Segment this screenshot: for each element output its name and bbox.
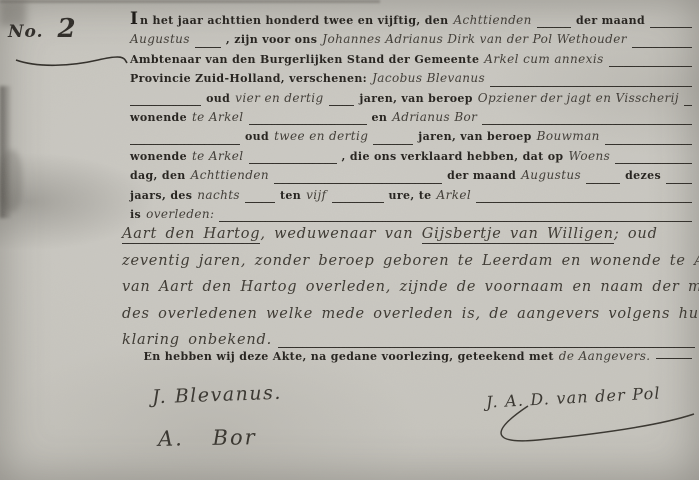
hw-death-day2: Achttienden: [191, 168, 269, 182]
signature-official: J. A. D. van der Pol: [486, 383, 662, 411]
hw-witness1-residence: te Arkel: [192, 110, 244, 124]
blank-rule: [249, 123, 367, 125]
hw-death-place: Arkel: [437, 188, 472, 202]
printed-jaren-beroep: jaren, van beroep: [359, 92, 472, 105]
hw-death-day: Achttienden: [453, 13, 531, 27]
deceased-name: Aart den Hartog: [122, 226, 260, 244]
form-line-provincie: Provincie Zuid-Holland, verschenen: Jaco…: [130, 71, 692, 90]
form-line-witness1-age: oud vier en dertig jaren, van beroep Opz…: [130, 91, 692, 110]
signature-witness2: A. Bor: [158, 425, 257, 451]
printed-en: en: [372, 111, 388, 124]
printed-wonende2: wonende: [130, 150, 187, 163]
blank-rule: [605, 143, 692, 145]
blank-rule: [609, 65, 692, 67]
printed-is: is: [130, 208, 141, 221]
blank-rule: [274, 182, 442, 184]
blank-rule: [537, 26, 571, 28]
deceased-line1-mid: , weduwenaar van: [260, 226, 421, 242]
hw-month: Augustus: [130, 32, 190, 46]
act-number-label: No.: [8, 22, 44, 42]
printed-year-text: n het jaar achttien honderd twee en vijf…: [140, 14, 449, 27]
printed-der-maand: der maand: [576, 14, 645, 27]
act-number-value: 2: [58, 14, 76, 44]
hw-hour: vijf: [306, 188, 326, 202]
form-line-witness2-age: oud twee en dertig jaren, van beroep Bou…: [130, 129, 692, 148]
hw-weekday: Woens: [568, 149, 610, 163]
printed-ten: ten: [280, 189, 301, 202]
act-number: No.2: [8, 14, 128, 44]
form-line-year: In het jaar achttien honderd twee en vij…: [130, 13, 692, 32]
printed-jaren-beroep2: jaren, van beroep: [418, 130, 531, 143]
printed-oud: oud: [206, 92, 230, 105]
hw-death-month: Augustus: [521, 168, 581, 182]
deceased-line-3: van Aart den Hartog overleden, zijnde de…: [122, 274, 695, 301]
hw-witness2-name: Adrianus Bor: [392, 110, 477, 124]
form-line-death-date: dag, den Achttienden der maand Augustus …: [130, 168, 692, 187]
hw-witness1-occupation: Opziener der jagt en Visscherij: [478, 91, 679, 105]
deceased-paragraph: Aart den Hartog, weduwenaar van Gijsbert…: [122, 221, 695, 354]
dropcap-initial: I: [130, 14, 138, 25]
act-number-flourish: [12, 54, 130, 70]
death-certificate-scan: No.2 In het jaar achttien honderd twee e…: [0, 0, 699, 480]
signature-witness1: J. Blevanus.: [152, 382, 283, 409]
hw-witness2-occupation: Bouwman: [537, 129, 600, 143]
blank-rule: [482, 123, 692, 125]
deceased-line-2: zeventig jaren, zonder beroep geboren te…: [122, 248, 695, 275]
blank-rule: [195, 46, 221, 48]
act-form-body: In het jaar achttien honderd twee en vij…: [130, 13, 692, 226]
form-line-witness1-residence: wonende te Arkel en Adrianus Bor: [130, 110, 692, 129]
hw-closing-aangevers: de Aangevers.: [559, 349, 651, 363]
printed-wonende: wonende: [130, 111, 187, 124]
blank-rule: [684, 104, 692, 106]
hw-official-name: Johannes Adrianus Dirk van der Pol Wetho…: [322, 32, 627, 46]
deceased-line-1: Aart den Hartog, weduwenaar van Gijsbert…: [122, 221, 695, 248]
printed-closing: En hebben wij deze Akte, na gedane voorl…: [144, 350, 554, 363]
printed-der-maand2: der maand: [447, 169, 516, 182]
blank-rule: [249, 162, 337, 164]
hw-daypart: nachts: [197, 188, 240, 202]
blank-rule: [332, 201, 384, 203]
printed-provincie: Provincie Zuid-Holland, verschenen:: [130, 72, 367, 85]
hw-overleden: overleden:: [146, 207, 214, 221]
printed-zijn-voor-ons: , zijn voor ons: [226, 33, 317, 46]
printed-ambtenaar: Ambtenaar van den Burgerlijken Stand der…: [130, 53, 479, 66]
printed-verklaard: , die ons verklaard hebben, dat op: [342, 150, 564, 163]
form-line-gemeente: Ambtenaar van den Burgerlijken Stand der…: [130, 52, 692, 71]
hw-gemeente: Arkel cum annexis: [484, 52, 603, 66]
printed-jaars-des: jaars, des: [130, 189, 192, 202]
deceased-line-4: des overledenen welke mede overleden is,…: [122, 301, 695, 328]
printed-oud2: oud: [245, 130, 269, 143]
blank-rule: [490, 85, 692, 87]
blank-rule: [373, 143, 413, 145]
deceased-spouse-name: Gijsbertje van Willigen: [422, 226, 614, 244]
blank-rule: [615, 162, 692, 164]
blank-rule: [650, 26, 692, 28]
printed-dag-den: dag, den: [130, 169, 186, 182]
blank-rule: [329, 104, 355, 106]
scan-edge-smudge: [0, 0, 380, 3]
deceased-line1-tail: ; oud: [614, 226, 658, 242]
blank-rule: [130, 143, 240, 145]
hw-witness1-name: Jacobus Blevanus: [372, 71, 485, 85]
blank-rule: [278, 346, 695, 348]
printed-dezes: dezes: [625, 169, 661, 182]
scan-left-ink-streak: [0, 86, 12, 218]
hw-witness1-age: vier en dertig: [235, 91, 323, 105]
form-line-death-hour: jaars, des nachts ten vijf ure, te Arkel: [130, 188, 692, 207]
scan-left-blotch: [0, 150, 22, 212]
blank-rule: [130, 104, 201, 106]
blank-rule: [586, 182, 620, 184]
blank-rule: [245, 201, 275, 203]
closing-line: En hebben wij deze Akte, na gedane voorl…: [130, 349, 692, 363]
blank-rule: [632, 46, 692, 48]
printed-ure-te: ure, te: [389, 189, 432, 202]
blank-rule: [476, 201, 692, 203]
hw-witness2-age: twee en dertig: [274, 129, 368, 143]
blank-rule: [666, 182, 692, 184]
form-line-month-official: Augustus , zijn voor ons Johannes Adrian…: [130, 32, 692, 51]
blank-rule: [656, 357, 692, 359]
hw-witness2-residence: te Arkel: [192, 149, 244, 163]
form-line-witness2-residence: wonende te Arkel , die ons verklaard heb…: [130, 149, 692, 168]
